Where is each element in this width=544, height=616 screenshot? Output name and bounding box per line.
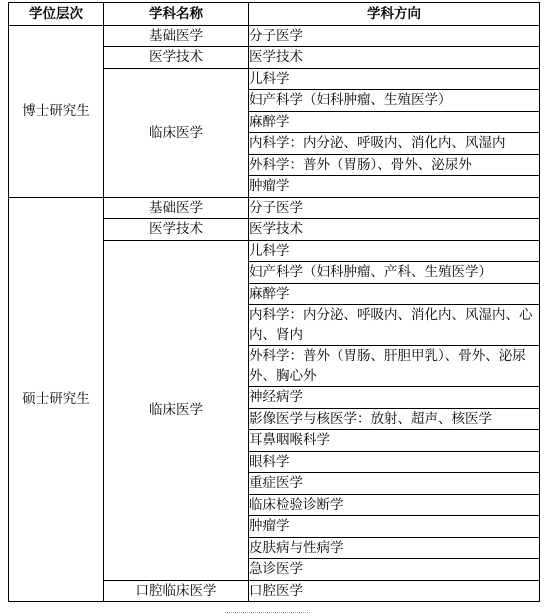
subject-name-cell: 医学技术 [104, 219, 249, 241]
subject-direction-cell: 妇产科学（妇科肿瘤、生殖医学） [249, 90, 540, 112]
subject-name-cell: 临床医学 [104, 240, 249, 580]
header-degree-level: 学位层次 [9, 3, 104, 26]
degree-level-cell: 博士研究生 [9, 25, 104, 197]
subject-direction-cell: 皮肤病与性病学 [249, 537, 540, 559]
subject-direction-cell: 肿瘤学 [249, 176, 540, 198]
subject-direction-cell: 肿瘤学 [249, 516, 540, 538]
subject-name-cell: 基础医学 [104, 25, 249, 47]
table-bottom-dotted-artifact [225, 612, 310, 613]
subject-name-cell: 临床医学 [104, 68, 249, 197]
subject-direction-cell: 影像医学与核医学：放射、超声、核医学 [249, 408, 540, 430]
subject-direction-cell: 医学技术 [249, 219, 540, 241]
subject-direction-cell: 耳鼻咽喉科学 [249, 430, 540, 452]
header-row: 学位层次 学科名称 学科方向 [9, 3, 540, 26]
subject-direction-cell: 分子医学 [249, 25, 540, 47]
header-subject-name: 学科名称 [104, 3, 249, 26]
header-subject-direction: 学科方向 [249, 3, 540, 26]
subject-direction-cell: 妇产科学（妇科肿瘤、产科、生殖医学） [249, 262, 540, 284]
subject-direction-cell: 麻醉学 [249, 111, 540, 133]
subject-direction-cell: 分子医学 [249, 197, 540, 219]
subject-direction-cell: 眼科学 [249, 451, 540, 473]
degree-level-cell: 硕士研究生 [9, 197, 104, 602]
subject-direction-cell: 外科学：普外（胃肠、肝胆甲乳）、骨外、泌尿外、胸心外 [249, 346, 540, 387]
subject-direction-cell: 口腔医学 [249, 580, 540, 602]
subject-direction-cell: 神经病学 [249, 387, 540, 409]
subject-direction-cell: 急诊医学 [249, 559, 540, 581]
subject-direction-cell: 内科学：内分泌、呼吸内、消化内、风湿内 [249, 133, 540, 155]
subject-direction-cell: 麻醉学 [249, 283, 540, 305]
subject-direction-cell: 临床检验诊断学 [249, 494, 540, 516]
subject-direction-cell: 内科学：内分泌、呼吸内、消化内、风湿内、心内、肾内 [249, 305, 540, 346]
subject-name-cell: 基础医学 [104, 197, 249, 219]
subject-direction-cell: 重症医学 [249, 473, 540, 495]
table-row: 博士研究生基础医学分子医学 [9, 25, 540, 47]
subject-direction-cell: 儿科学 [249, 68, 540, 90]
table-row: 硕士研究生基础医学分子医学 [9, 197, 540, 219]
subject-name-cell: 口腔临床医学 [104, 580, 249, 602]
subject-direction-cell: 儿科学 [249, 240, 540, 262]
table-header: 学位层次 学科名称 学科方向 [9, 3, 540, 26]
subject-name-cell: 医学技术 [104, 47, 249, 69]
degree-subject-table-wrap: 学位层次 学科名称 学科方向 博士研究生基础医学分子医学医学技术医学技术临床医学… [8, 2, 540, 602]
page: 学位层次 学科名称 学科方向 博士研究生基础医学分子医学医学技术医学技术临床医学… [0, 0, 544, 616]
degree-subject-table: 学位层次 学科名称 学科方向 博士研究生基础医学分子医学医学技术医学技术临床医学… [8, 2, 540, 602]
subject-direction-cell: 外科学：普外（胃肠）、骨外、泌尿外 [249, 154, 540, 176]
table-body: 博士研究生基础医学分子医学医学技术医学技术临床医学儿科学妇产科学（妇科肿瘤、生殖… [9, 25, 540, 602]
subject-direction-cell: 医学技术 [249, 47, 540, 69]
